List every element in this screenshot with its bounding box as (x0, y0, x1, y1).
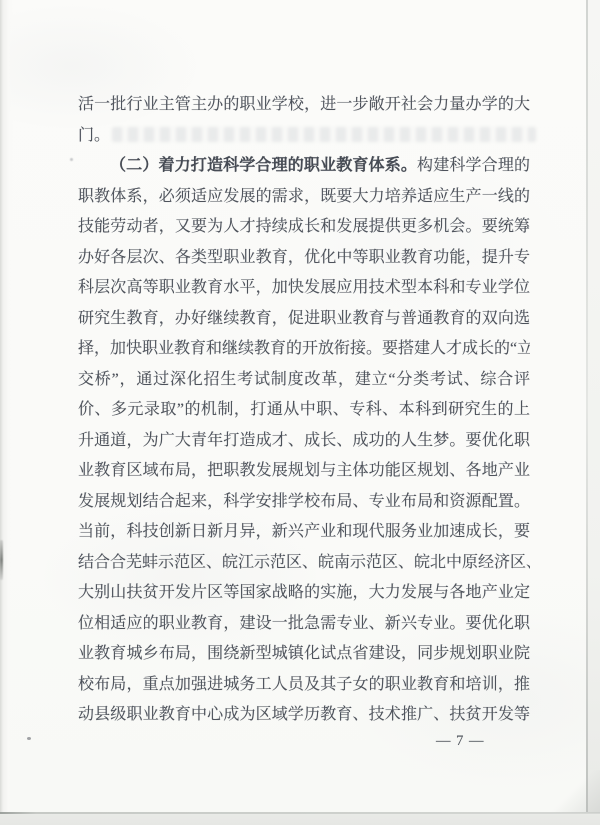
page-number: — 7 — (436, 733, 506, 750)
paper-left-edge-mark (0, 540, 3, 580)
text-line: 业教育区域布局，把职教发展规划与主体功能区规划、各地产业 (78, 456, 530, 487)
text-line: 择，加快职业教育和继续教育的开放衔接。要搭建人才成长的“立 (78, 334, 530, 365)
text-line: 升通道，为广大青年打造成才、成长、成功的人生梦。要优化职 (78, 426, 530, 457)
section-heading: （二）着力打造科学合理的职业教育体系。 (110, 157, 417, 174)
text-line: 门。 (78, 121, 530, 152)
text-line: 活一批行业主管主办的职业学校，进一步敞开社会力量办学的大 (78, 90, 530, 121)
text-line: 发展规划结合起来，科学安排学校布局、专业布局和资源配置。 (78, 487, 530, 518)
text-line: 校布局，重点加强进城务工人员及其子女的职业教育和培训，推 (78, 670, 530, 701)
text-line: 科层次高等职业教育水平，加快发展应用技术型本科和专业学位 (78, 273, 530, 304)
paper-left-edge (0, 0, 13, 825)
text-run: 构建科学合理的 (417, 157, 530, 174)
document-body-text: 活一批行业主管主办的职业学校，进一步敞开社会力量办学的大 门。 （二）着力打造科… (78, 90, 530, 731)
text-line: 交桥”，通过深化招生考试制度改革，建立“分类考试、综合评 (78, 365, 530, 396)
text-line: 结合合芜蚌示范区、皖江示范区、皖南示范区、皖北中原经济区、 (78, 548, 530, 579)
text-line: 动县级职业教育中心成为区域学历教育、技术推广、扶贫开发等 (78, 700, 530, 731)
scan-speck (70, 158, 73, 161)
text-line: 技能劳动者，又要为人才持续成长和发展提供更多机会。要统筹 (78, 212, 530, 243)
text-line: 大别山扶贫开发片区等国家战略的实施，大力发展与各地产业定 (78, 578, 530, 609)
text-line: 研究生教育，办好继续教育，促进职业教育与普通教育的双向选 (78, 304, 530, 335)
paper-corner-shadow (530, 770, 600, 813)
scan-speck (27, 737, 31, 740)
scanner-margin-right (588, 0, 600, 813)
text-line: 办好各层次、各类型职业教育，优化中等职业教育功能，提升专 (78, 243, 530, 274)
text-line: 价、多元录取”的机制，打通从中职、专科、本科到研究生的上 (78, 395, 530, 426)
text-line: （二）着力打造科学合理的职业教育体系。构建科学合理的 (78, 151, 530, 182)
text-line: 职教体系，必须适应发展的需求，既要大力培养适应生产一线的 (78, 182, 530, 213)
text-line: 业教育城乡布局，围绕新型城镇化试点省建设，同步规划职业院 (78, 639, 530, 670)
scanner-margin-bottom (0, 814, 600, 825)
scanned-page: 活一批行业主管主办的职业学校，进一步敞开社会力量办学的大 门。 （二）着力打造科… (0, 0, 600, 825)
text-line: 当前，科技创新日新月异，新兴产业和现代服务业加速成长，要 (78, 517, 530, 548)
text-line: 位相适应的职业教育，建设一批急需专业、新兴专业。要优化职 (78, 609, 530, 640)
